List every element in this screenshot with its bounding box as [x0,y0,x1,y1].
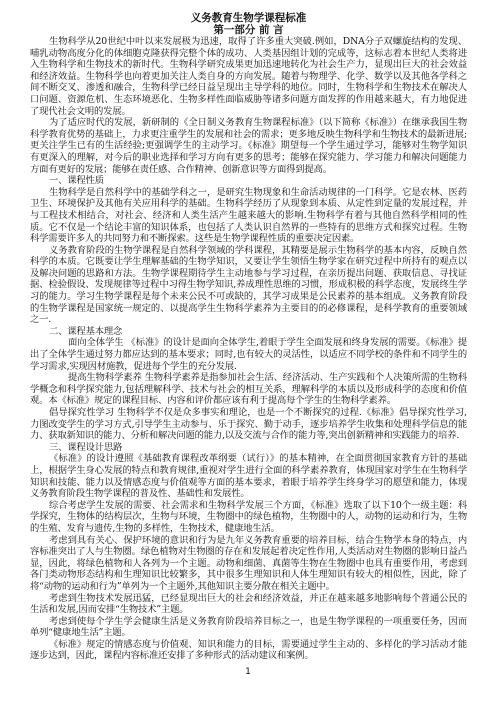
paragraph: 考虑到具有关心、保护环境的意识和行为是九年义务教育重要的培养目标，结合生物学本身… [30,535,467,593]
paragraph: 《标准》规定的情感态度与价值观、知识和能力的目标，需要通过学生主动的、多样化的学… [30,639,467,662]
paragraph: 提高生物科学素养 生物科学素养是指参加社会生活、经济活动、生产实践和个人决策所需… [30,372,467,407]
paragraph: 考虑到使每个学生学会健康生活是义务教育阶段培养目标之一，也是生物学课程的一项重要… [30,616,467,639]
paragraph: 考虑到生物技术发展迅猛，已经显现出巨大的社会和经济效益，并正在越来越多地影响每个… [30,593,467,616]
section-heading: 一、课程性质 [30,175,467,187]
page-number: 1 [0,667,496,677]
paragraph: 面向全体学生 《标准》的设计是面向全体学生,着眼于学生全面发展和终身发展的需要。… [30,337,467,372]
paragraph: 综合考虑学生发展的需要、社会需求和生物科学发展三个方面，《标准》选取了以下10个… [30,500,467,535]
paragraph: 生物科学从20世纪中叶以来发展极为迅速，取得了许多重大突破.例如，DNA分子双螺… [30,36,467,117]
paragraph: 为了适应时代的发展，新研制的《全日制义务教育生物课程标准》（以下简称《标准》）在… [30,117,467,175]
paragraph: 义务教育阶段的生物学课程是自然科学领域的学科课程，其精要是展示生物科学的基本内容… [30,245,467,326]
paragraph: 《标准》的设计遵照《基础教育课程改革纲要（试行）》的基本精神，在全面贯彻国家教育… [30,453,467,499]
section-heading: 二、课程基本理念 [30,326,467,338]
document-title: 义务教育生物学课程标准 [30,12,467,24]
section-title: 第一部分 前 言 [30,24,467,36]
paragraph: 生物科学是自然科学中的基础学科之一，是研究生物现象和生命活动规律的一门科学。它是… [30,187,467,245]
section-heading: 三、课程设计思路 [30,442,467,454]
paragraph: 倡导探究性学习 生物科学不仅是众多事实和理论，也是一个不断探究的过程.《标准》倡… [30,407,467,442]
document-page: 义务教育生物学课程标准 第一部分 前 言 生物科学从20世纪中叶以来发展极为迅速… [30,12,467,662]
